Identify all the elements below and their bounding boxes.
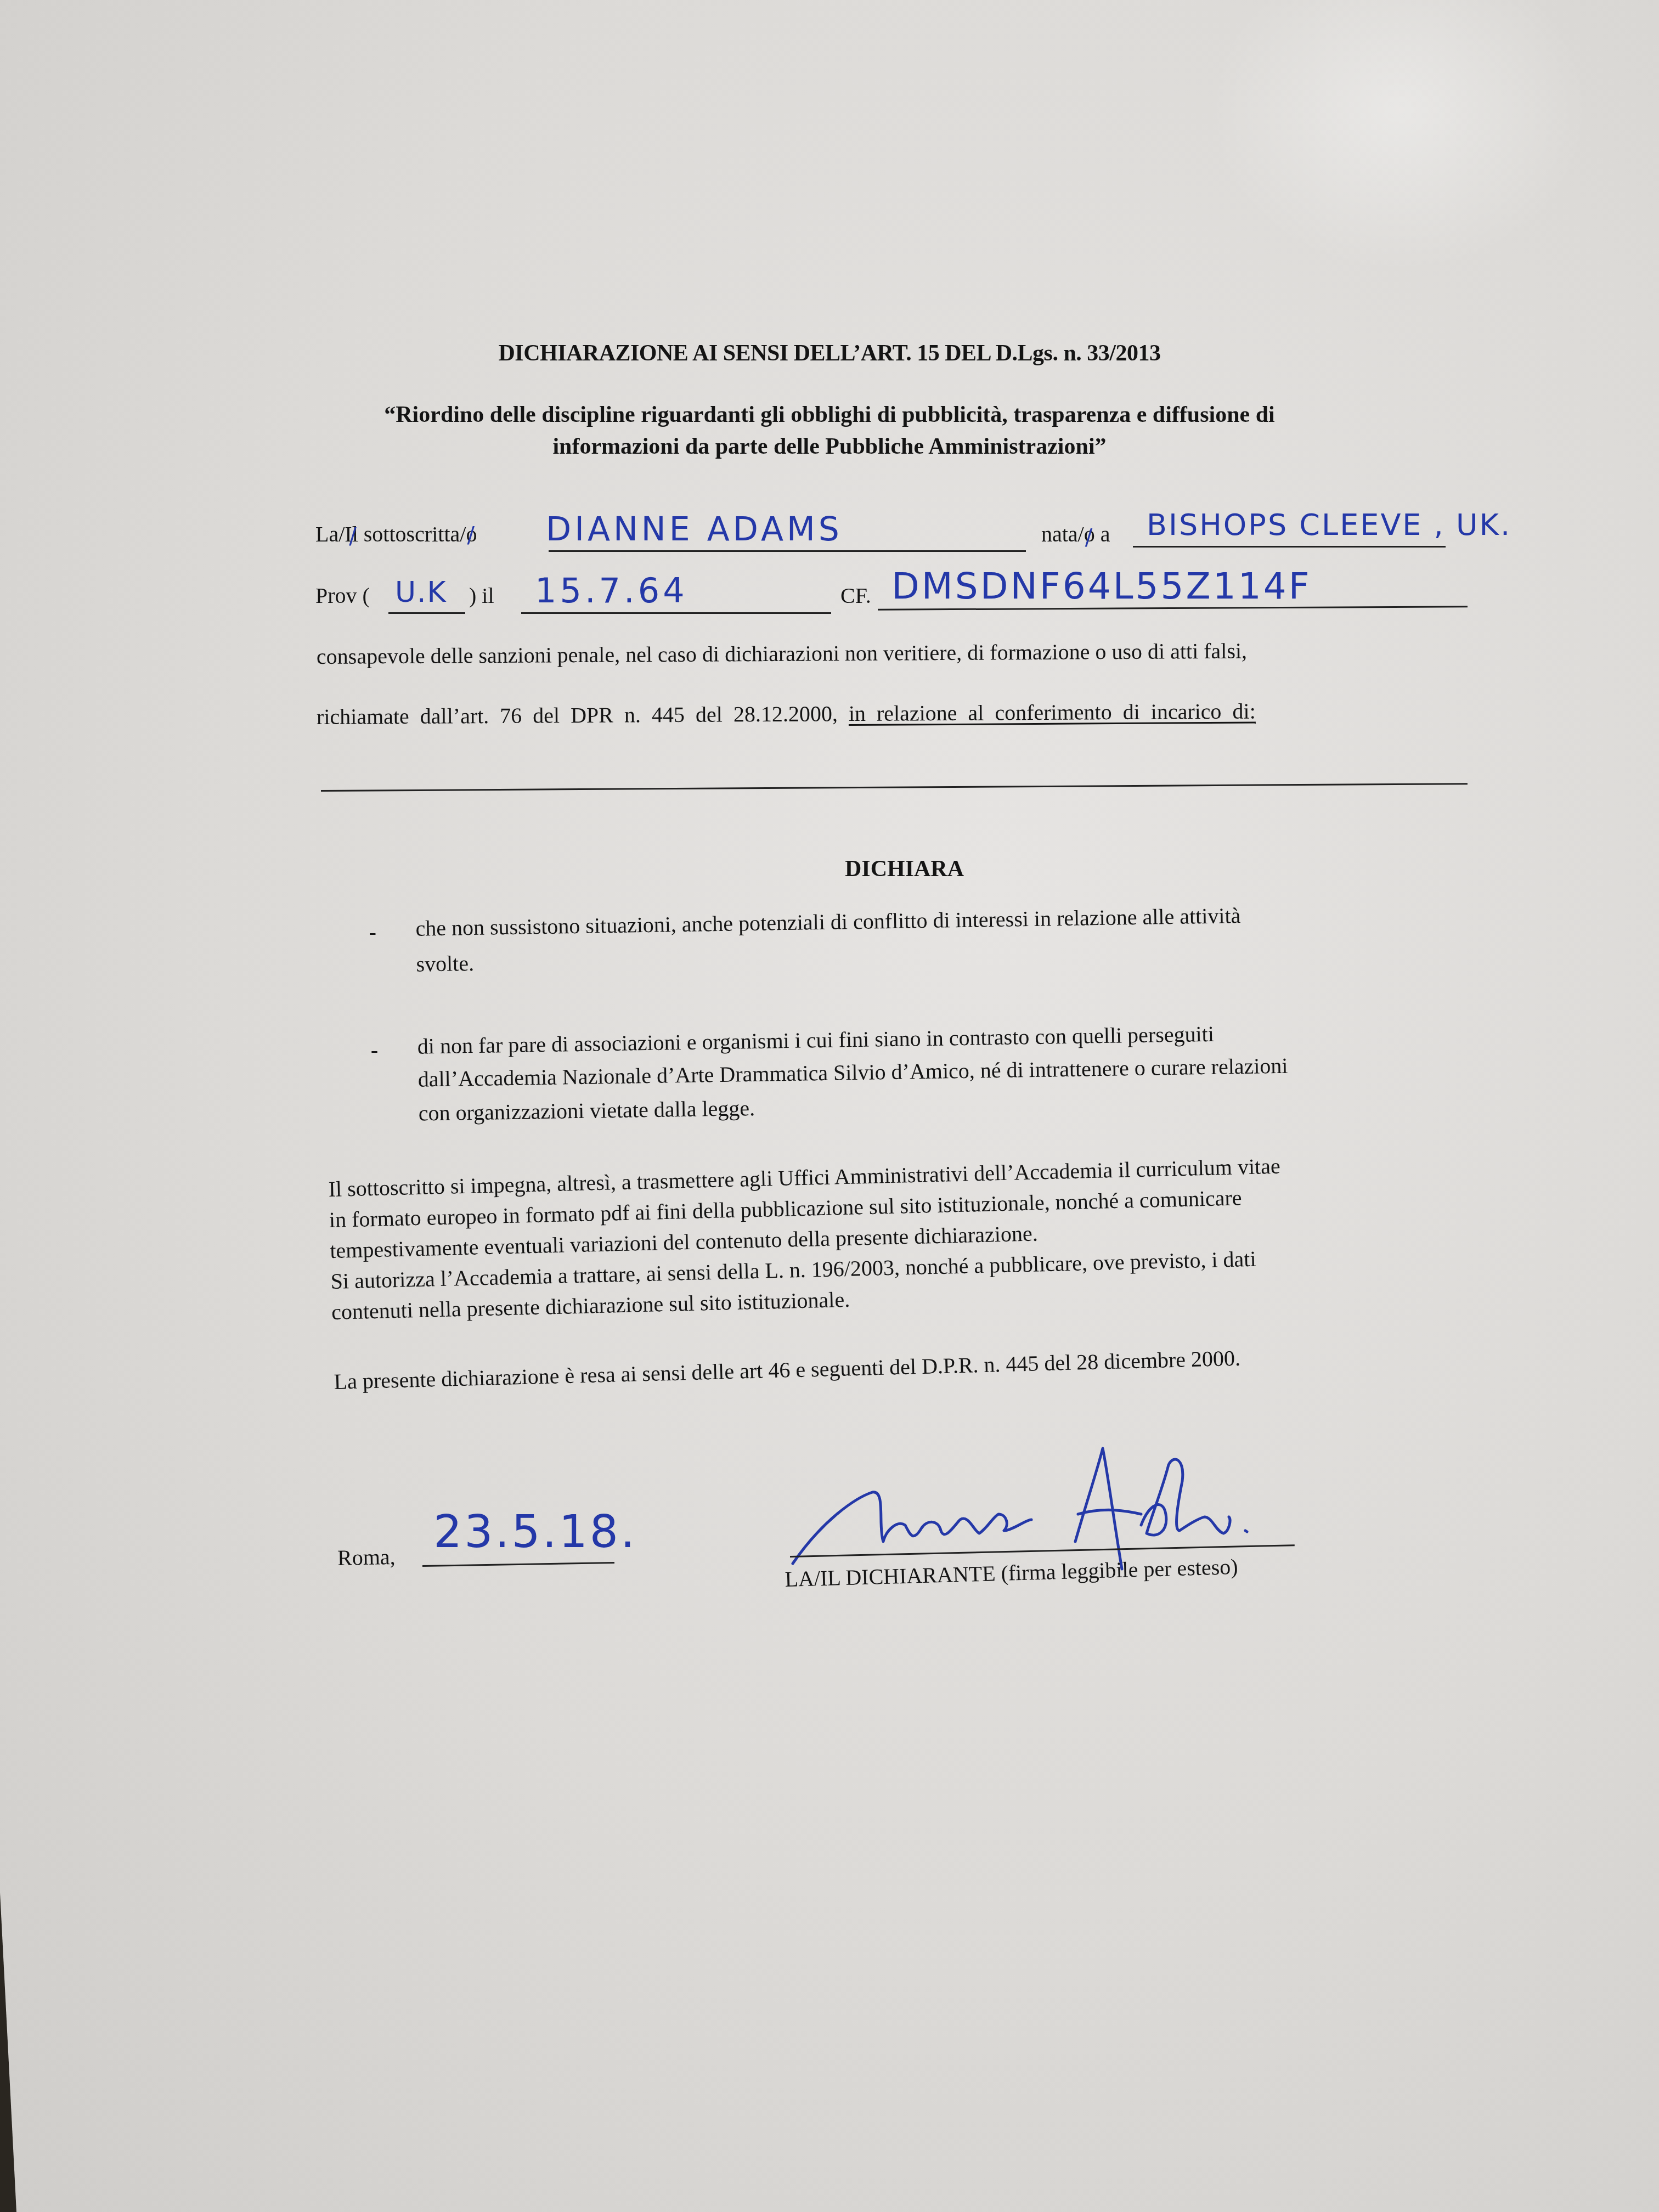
place-label: Roma, (337, 1544, 396, 1571)
document-subtitle-line2: informazioni da parte delle Pubbliche Am… (0, 433, 1659, 460)
awareness-line1: consapevole delle sanzioni penale, nel c… (317, 635, 1247, 673)
birthplace-field-underline (1133, 546, 1446, 548)
birthdate-field-value[interactable]: 15.7.64 (535, 571, 688, 611)
document-subtitle-line1: “Riordino delle discipline riguardanti g… (0, 402, 1659, 428)
bullet-1-line2: svolte. (416, 947, 474, 980)
born-label-prefix: nata/ (1041, 522, 1084, 546)
list-item: - che non sussistono situazioni, anche p… (369, 913, 370, 985)
date-field-value[interactable]: 23.5.18. (433, 1506, 637, 1558)
strike-mark-icon: / (467, 523, 474, 548)
strike-mark-icon: / (349, 524, 356, 549)
document-title: DICHIARAZIONE AI SENSI DELL’ART. 15 DEL … (0, 340, 1659, 366)
list-item: - di non far pare di associazioni e orga… (370, 1031, 372, 1141)
name-field-underline (549, 550, 1026, 552)
assignment-field-underline (321, 783, 1468, 792)
legal-basis-statement: La presente dichiarazione è resa ai sens… (334, 1342, 1241, 1398)
declaration-document: DICHIARAZIONE AI SENSI DELL’ART. 15 DEL … (0, 0, 1659, 2212)
born-label-a: a (1095, 522, 1110, 546)
date-field-underline (422, 1562, 614, 1567)
declares-heading: DICHIARA (845, 856, 964, 882)
awareness-line2: richiamate dall’art. 76 del DPR n. 445 d… (317, 696, 1256, 733)
declaration-list: - che non sussistono situazioni, anche p… (369, 913, 373, 1141)
prov-field-value[interactable]: U.K (395, 576, 447, 609)
birthdate-field-underline (521, 612, 831, 614)
prov-field-underline (388, 612, 465, 614)
cf-label: CF. (840, 583, 871, 608)
name-field-value[interactable]: DIANNE ADAMS (546, 510, 843, 549)
bullet-dash-icon: - (369, 919, 376, 945)
prov-label-open: Prov ( (315, 583, 370, 608)
subscriber-label: La/Il/ sottoscritta/o/ (315, 521, 477, 547)
birthplace-field-value[interactable]: BISHOPS CLEEVE , UK. (1147, 507, 1511, 542)
cf-field-value[interactable]: DMSDNF64L55Z114F (891, 565, 1312, 607)
assignment-label: in relazione al conferimento di incarico… (849, 699, 1256, 726)
subscriber-label-struck2: o/ (466, 522, 477, 546)
subscriber-label-mid: sottoscritta/ (358, 522, 466, 546)
born-label-struck: o/ (1084, 522, 1095, 546)
prov-label-close: ) il (469, 583, 494, 608)
subscriber-label-struck: Il/ (345, 522, 358, 546)
bullet-dash-icon: - (371, 1037, 379, 1063)
subscriber-label-prefix: La/ (315, 522, 345, 546)
strike-mark-icon: / (1085, 525, 1092, 550)
bullet-2-line3: con organizzazioni vietate dalla legge. (418, 1092, 755, 1130)
bullet-1-line1: che non sussistono situazioni, anche pot… (415, 900, 1241, 945)
born-label: nata/o/ a (1041, 521, 1110, 547)
commitment-paragraph: Il sottoscritto si impegna, altresì, a t… (328, 1151, 1284, 1328)
awareness-line2-plain: richiamate dall’art. 76 del DPR n. 445 d… (317, 701, 849, 729)
